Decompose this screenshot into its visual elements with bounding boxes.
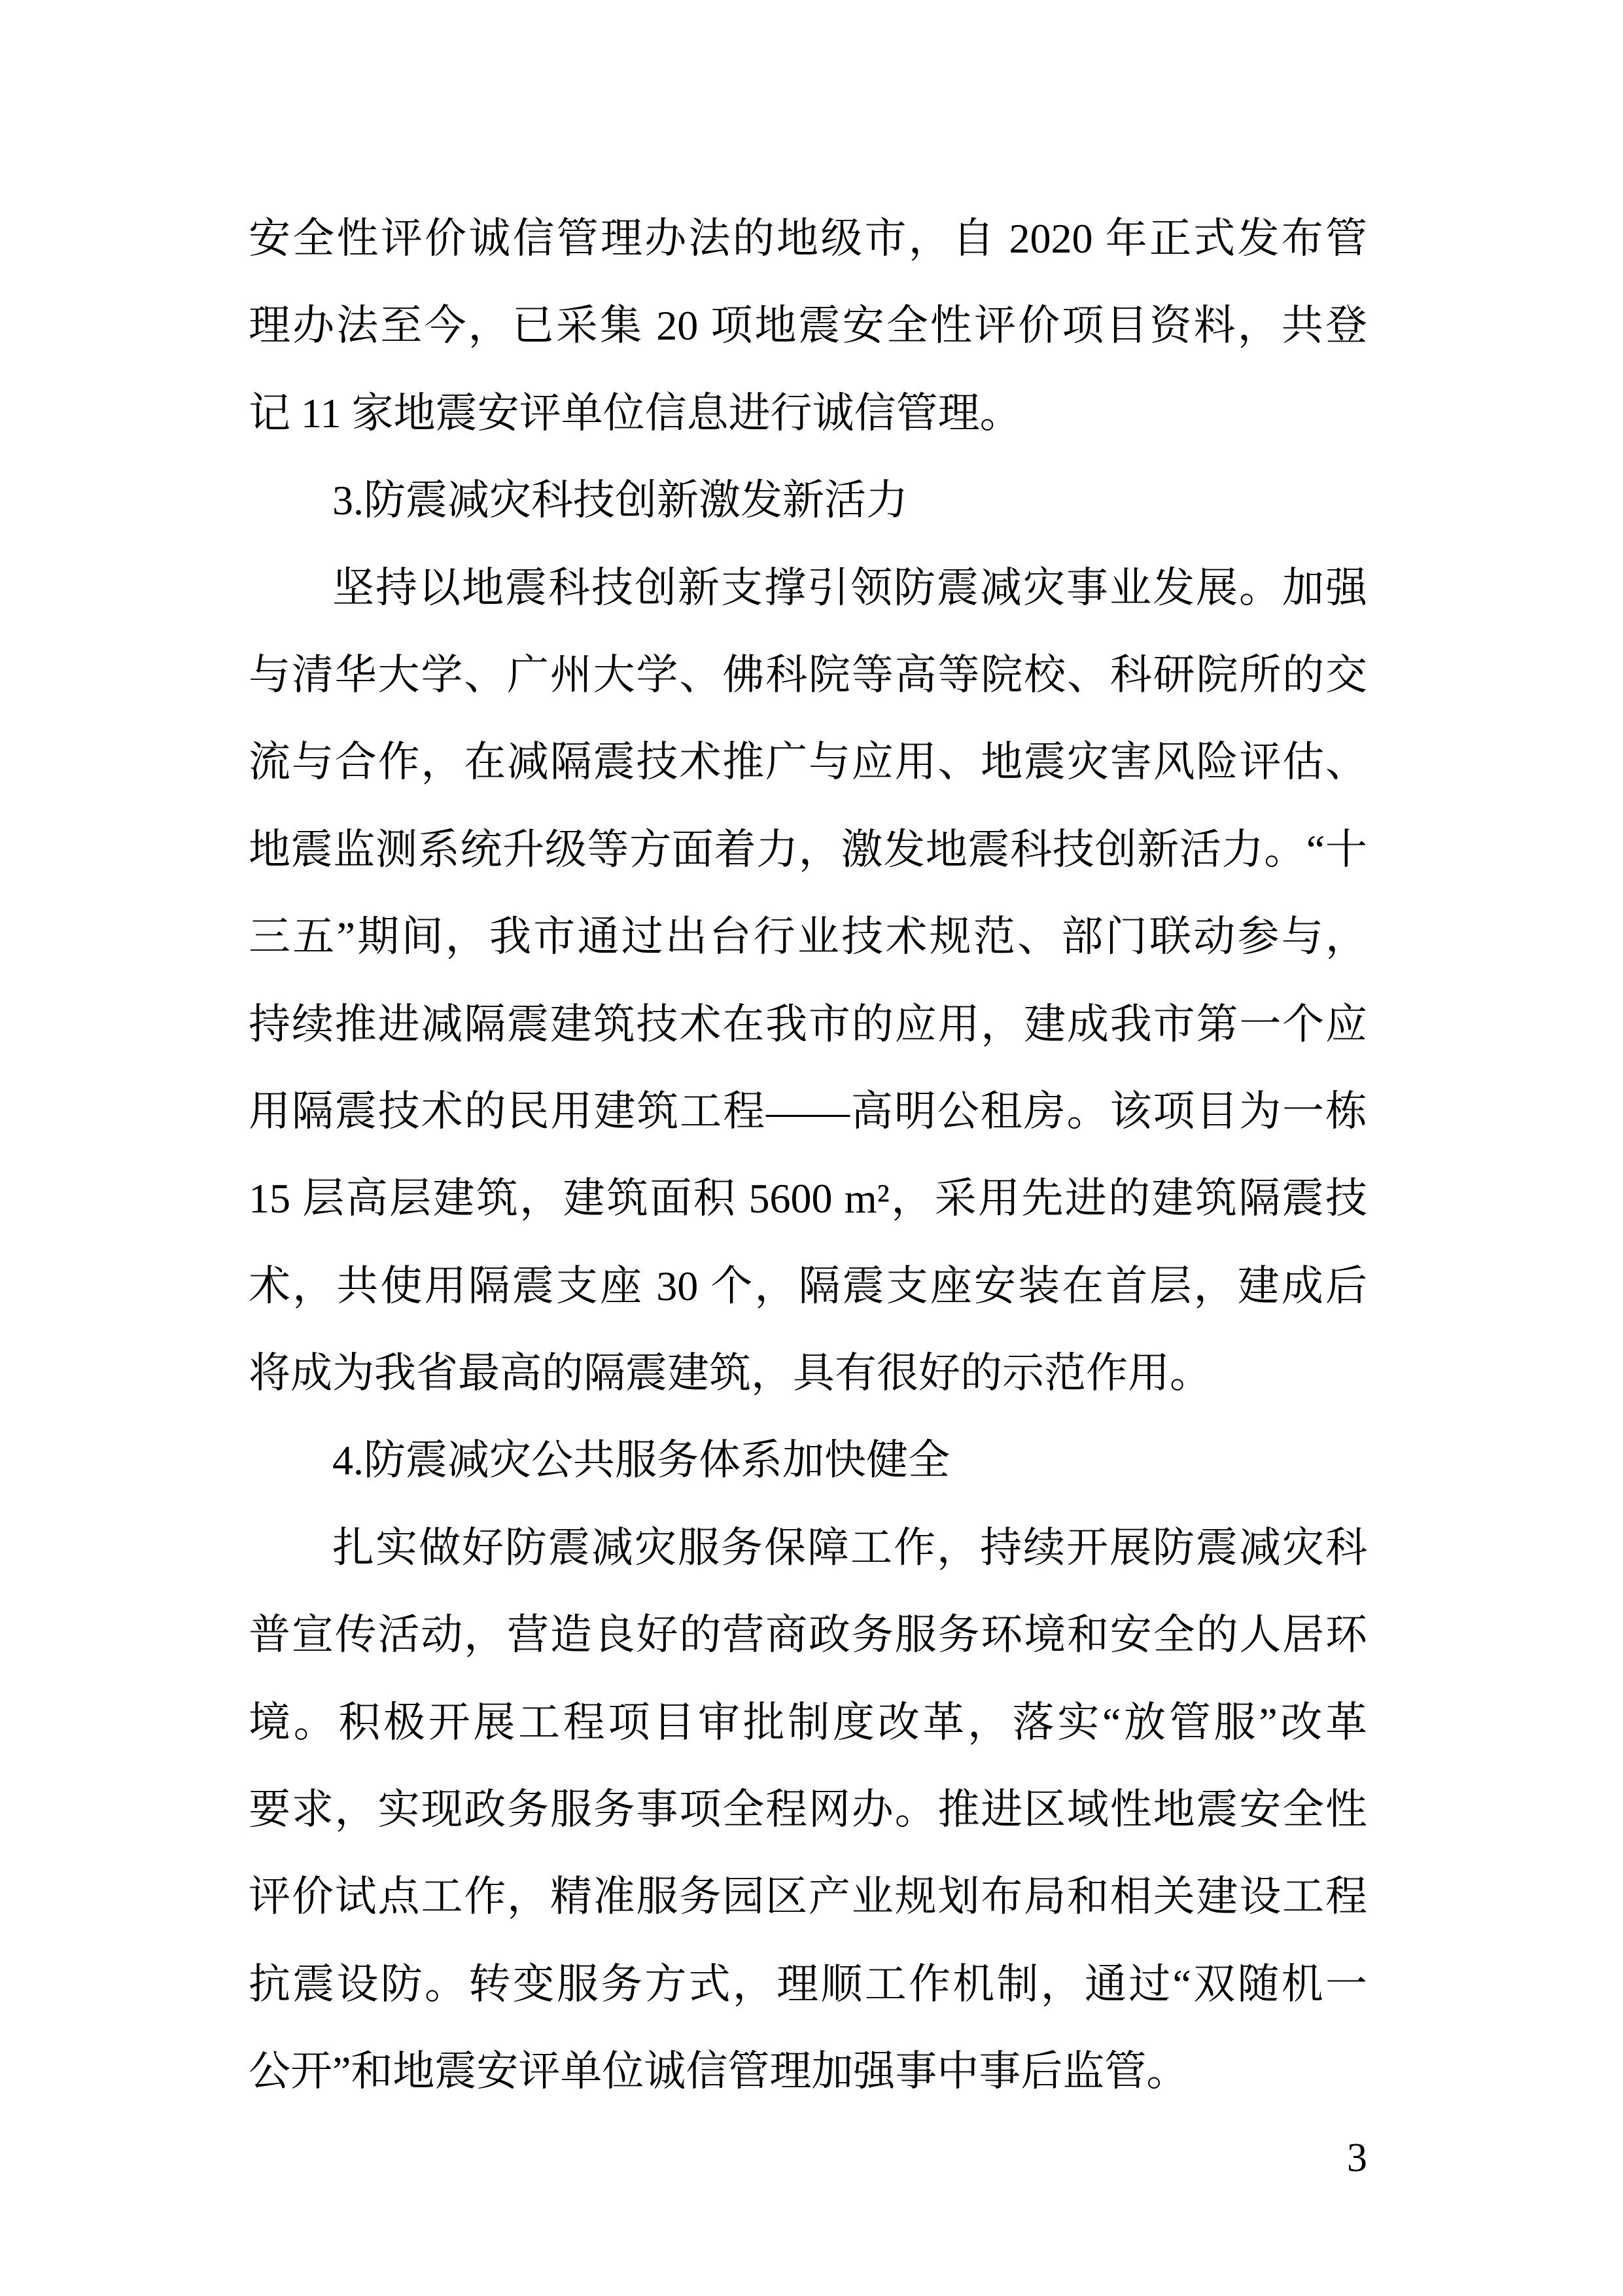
text-line: 地震监测系统升级等方面着力，激发地震科技创新活力。“十 [249, 806, 1367, 893]
text-line: 流与合作，在减隔震技术推广与应用、地震灾害风险评估、 [249, 718, 1367, 805]
text-line: 理办法至今，已采集 20 项地震安全性评价项目资料，共登 [249, 282, 1367, 369]
document-page: 安全性评价诚信管理办法的地级市，自 2020 年正式发布管 理办法至今，已采集 … [0, 0, 1623, 2296]
text-line: 术，共使用隔震支座 30 个，隔震支座安装在首层，建成后 [249, 1243, 1367, 1330]
page-number: 3 [249, 2132, 1367, 2184]
text-line: 安全性评价诚信管理办法的地级市，自 2020 年正式发布管 [249, 195, 1367, 282]
text-line: 用隔震技术的民用建筑工程——高明公租房。该项目为一栋 [249, 1068, 1367, 1155]
text-line: 公开”和地震安评单位诚信管理加强事中事后监管。 [249, 2028, 1367, 2115]
section-heading: 4.防震减灾公共服务体系加快健全 [249, 1417, 1367, 1504]
text-line: 扎实做好防震减灾服务保障工作，持续开展防震减灾科 [249, 1504, 1367, 1591]
text-line: 普宣传活动，营造良好的营商政务服务环境和安全的人居环 [249, 1591, 1367, 1678]
text-line: 记 11 家地震安评单位信息进行诚信管理。 [249, 370, 1367, 457]
text-line: 与清华大学、广州大学、佛科院等高等院校、科研院所的交 [249, 631, 1367, 718]
text-line: 将成为我省最高的隔震建筑，具有很好的示范作用。 [249, 1330, 1367, 1417]
text-line: 持续推进减隔震建筑技术在我市的应用，建成我市第一个应 [249, 981, 1367, 1068]
text-line: 要求，实现政务服务事项全程网办。推进区域性地震安全性 [249, 1766, 1367, 1853]
text-line: 坚持以地震科技创新支撑引领防震减灾事业发展。加强 [249, 544, 1367, 631]
text-line: 境。积极开展工程项目审批制度改革，落实“放管服”改革 [249, 1679, 1367, 1766]
text-line: 评价试点工作，精准服务园区产业规划布局和相关建设工程 [249, 1853, 1367, 1940]
text-line: 15 层高层建筑，建筑面积 5600 m²，采用先进的建筑隔震技 [249, 1155, 1367, 1242]
section-heading: 3.防震减灾科技创新激发新活力 [249, 457, 1367, 544]
document-body: 安全性评价诚信管理办法的地级市，自 2020 年正式发布管 理办法至今，已采集 … [249, 195, 1367, 2115]
text-line: 三五”期间，我市通过出台行业技术规范、部门联动参与， [249, 893, 1367, 980]
text-line: 抗震设防。转变服务方式，理顺工作机制，通过“双随机一 [249, 1941, 1367, 2028]
